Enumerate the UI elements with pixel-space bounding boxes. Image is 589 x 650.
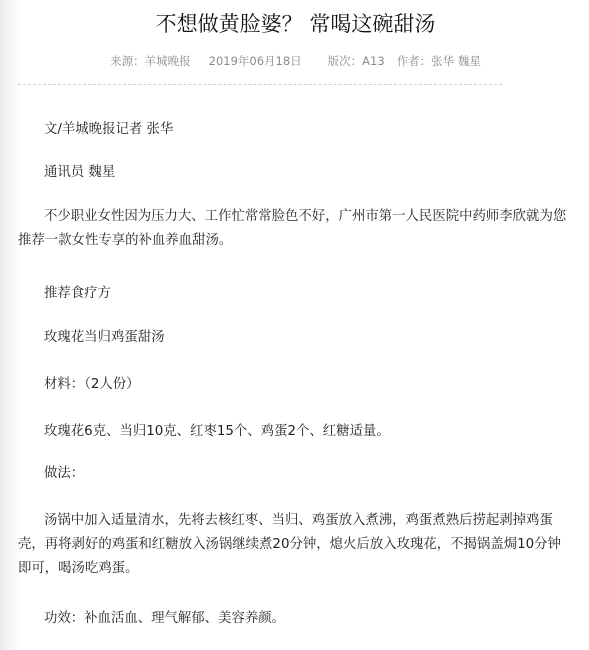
paragraph-intro: 不少职业女性因为压力大、工作忙常常脸色不好，广州市第一人民医院中药师李欣就为您推… <box>18 205 573 253</box>
meta-source: 来源：羊城晚报 <box>110 53 191 69</box>
paragraph-method-heading: 做法： <box>18 462 573 486</box>
paragraph-ingredients: 玫瑰花6克、当归10克、红枣15个、鸡蛋2个、红糖适量。 <box>18 420 573 444</box>
paragraph-recipe-name: 玫瑰花当归鸡蛋甜汤 <box>18 326 573 350</box>
paragraph-correspondent: 通讯员 魏星 <box>18 161 573 185</box>
meta-page: 版次：A13 <box>328 53 385 69</box>
article-meta: 来源：羊城晚报2019年06月18日版次：A13作者：张华 魏星 <box>18 53 573 69</box>
divider <box>18 84 502 85</box>
meta-date: 2019年06月18日 <box>209 53 302 69</box>
paragraph-ingredients-heading: 材料：（2人份） <box>18 373 573 397</box>
paragraph-recommend-heading: 推荐食疗方 <box>18 282 573 306</box>
article-title: 不想做黄脸婆？ 常喝这碗甜汤 <box>18 9 573 39</box>
paragraph-byline: 文/羊城晚报记者 张华 <box>18 118 573 142</box>
paragraph-benefits: 功效：补血活血、理气解郁、美容养颜。 <box>18 607 573 631</box>
paragraph-method: 汤锅中加入适量清水，先将去核红枣、当归、鸡蛋放入煮沸，鸡蛋煮熟后捞起剥掉鸡蛋壳，… <box>18 509 573 581</box>
meta-author: 作者：张华 魏星 <box>397 53 481 69</box>
